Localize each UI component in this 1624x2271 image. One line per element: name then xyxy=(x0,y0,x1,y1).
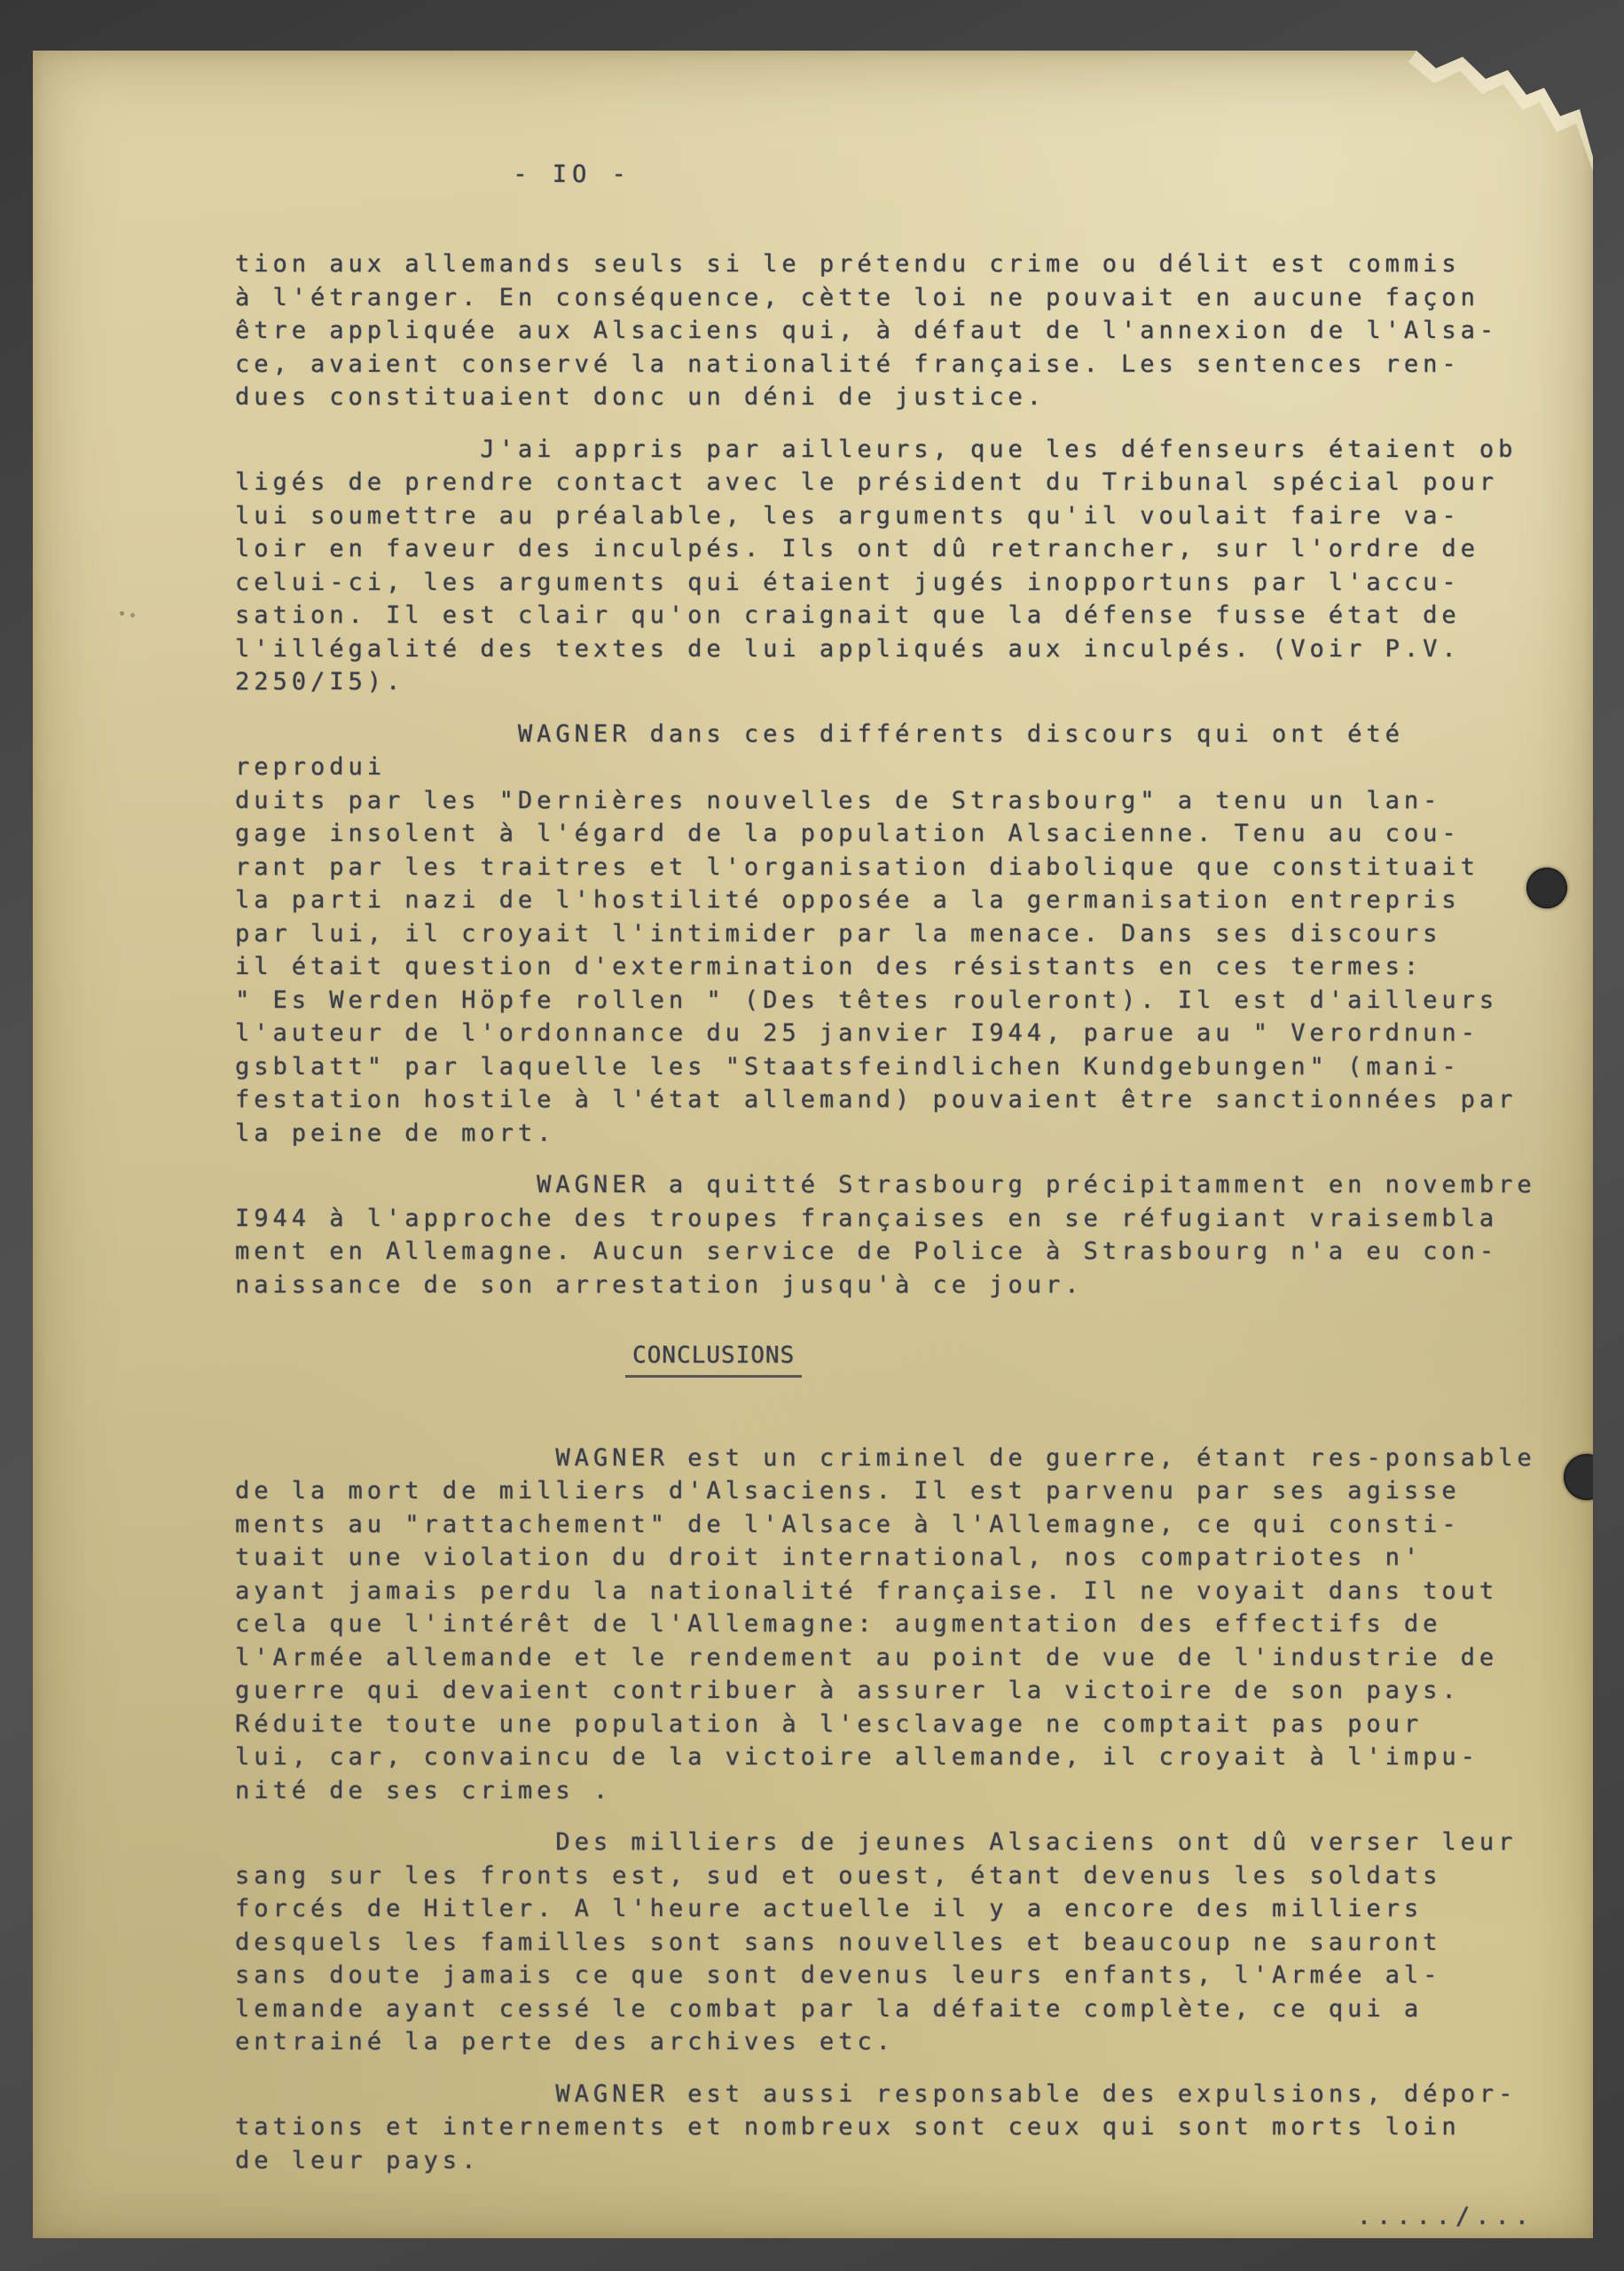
hole-punch-icon xyxy=(1526,868,1567,908)
paragraph-continuation-from-previous-page: tion aux allemands seuls si le prétendu … xyxy=(235,248,1570,414)
page-number: - IO - xyxy=(475,161,670,188)
hole-punch-icon xyxy=(1564,1454,1610,1500)
paragraph-soldats-forces: Des milliers de jeunes Alsaciens ont dû … xyxy=(235,1826,1570,2059)
document-body: tion aux allemands seuls si le prétendu … xyxy=(235,248,1570,2234)
document-page: - IO - tion aux allemands seuls si le pr… xyxy=(33,51,1593,2238)
paragraph-defenseurs: J'ai appris par ailleurs, que les défens… xyxy=(235,433,1570,699)
conclusions-heading: CONCLUSIONS xyxy=(625,1340,802,1378)
continuation-mark: ...../... xyxy=(235,2200,1570,2234)
paragraph-fuite-wagner: WAGNER a quitté Strasbourg précipitammen… xyxy=(235,1168,1570,1301)
scan-backdrop: - IO - tion aux allemands seuls si le pr… xyxy=(0,0,1624,2271)
ink-speck xyxy=(120,611,124,616)
section-heading-row: CONCLUSIONS xyxy=(235,1340,1570,1378)
paragraph-discours-wagner: WAGNER dans ces différents discours qui … xyxy=(235,718,1570,1151)
paragraph-expulsions: WAGNER est aussi responsable des expulsi… xyxy=(235,2078,1570,2178)
paragraph-criminel-de-guerre: WAGNER est un criminel de guerre, étant … xyxy=(235,1442,1570,1808)
